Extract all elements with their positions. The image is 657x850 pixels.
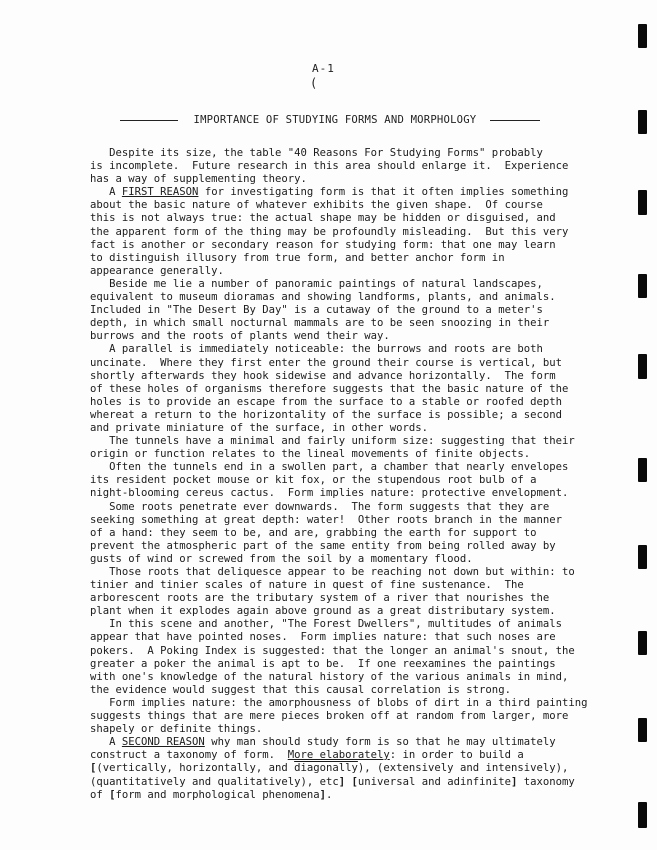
text-line: uncinate. Where they first enter the gro… (90, 357, 630, 370)
text-line: the evidence would suggest that this cau… (90, 684, 630, 697)
text-run: this is not always true: the actual shap… (90, 212, 556, 224)
text-run: appearance generally. (90, 265, 224, 277)
text-run: for investigating form is that it often … (198, 186, 568, 198)
margin-mark (638, 458, 647, 482)
text-line: Those roots that deliquesce appear to be… (90, 566, 630, 579)
text-run: with one's knowledge of the natural hist… (90, 671, 568, 683)
underlined-text: More elaborately (288, 749, 390, 761)
page-title: IMPORTANCE OF STUDYING FORMS AND MORPHOL… (194, 114, 477, 126)
text-line: shortly afterwards they hook sidewise an… (90, 370, 630, 383)
text-run: Despite its size, the table "40 Reasons … (90, 147, 543, 159)
text-run: pokers. A Poking Index is suggested: tha… (90, 645, 575, 657)
text-line: the apparent form of the thing may be pr… (90, 226, 630, 239)
margin-mark (638, 24, 647, 48)
stray-mark: ( (310, 76, 317, 90)
text-run: is incomplete. Future research in this a… (90, 160, 568, 172)
text-line: Included in "The Desert By Day" is a cut… (90, 304, 630, 317)
text-line: A SECOND REASON why man should study for… (90, 736, 630, 749)
text-line: night-blooming cereus cactus. Form impli… (90, 487, 630, 500)
text-run: of these holes of organisms therefore su… (90, 383, 568, 395)
text-run: Included in "The Desert By Day" is a cut… (90, 304, 543, 316)
text-line: A parallel is immediately noticeable: th… (90, 343, 630, 356)
text-run: prevent the atmospheric part of the same… (90, 540, 556, 552)
text-line: prevent the atmospheric part of the same… (90, 540, 630, 553)
text-run: shortly afterwards they hook sidewise an… (90, 370, 556, 382)
text-run: of (90, 789, 109, 801)
text-run: Form implies nature: the amorphousness o… (90, 697, 587, 709)
text-line: (quantitatively and qualitatively), etc]… (90, 776, 630, 789)
text-line: arborescent roots are the tributary syst… (90, 592, 630, 605)
text-run: equivalent to museum dioramas and showin… (90, 291, 556, 303)
text-run: universal and adinfinite (358, 776, 511, 788)
underlined-text: SECOND REASON (122, 736, 205, 748)
text-line: to distinguish illusory from true form, … (90, 252, 630, 265)
text-run: (vertically, horizontally, and (96, 762, 294, 774)
text-line: fact is another or secondary reason for … (90, 239, 630, 252)
text-run: plant when it explodes again above groun… (90, 605, 556, 617)
text-line: equivalent to museum dioramas and showin… (90, 291, 630, 304)
text-run: holes is to provide an escape from the s… (90, 396, 562, 408)
text-run: has a way of supplementing theory. (90, 173, 307, 185)
page-number: A-1 (312, 62, 335, 75)
title-rule-right (490, 120, 540, 121)
text-run: the evidence would suggest that this cau… (90, 684, 511, 696)
text-line: A FIRST REASON for investigating form is… (90, 186, 630, 199)
text-run: Those roots that deliquesce appear to be… (90, 566, 575, 578)
text-run: of a hand: they seem to be, and are, gra… (90, 527, 536, 539)
text-line: of a hand: they seem to be, and are, gra… (90, 527, 630, 540)
text-run: why man should study form is so that he … (205, 736, 556, 748)
text-line: holes is to provide an escape from the s… (90, 396, 630, 409)
margin-mark (638, 274, 647, 298)
text-run: arborescent roots are the tributary syst… (90, 592, 549, 604)
text-run: A (90, 736, 122, 748)
text-run: Often the tunnels end in a swollen part,… (90, 461, 568, 473)
text-line: Form implies nature: the amorphousness o… (90, 697, 630, 710)
text-line: greater a poker the animal is apt to be.… (90, 658, 630, 671)
title-row: IMPORTANCE OF STUDYING FORMS AND MORPHOL… (120, 112, 540, 128)
text-run: night-blooming cereus cactus. Form impli… (90, 487, 568, 499)
text-run: whereat a return to the horizontality of… (90, 409, 562, 421)
text-line: depth, in which small nocturnal mammals … (90, 317, 630, 330)
margin-mark (638, 631, 647, 655)
text-line: [(vertically, horizontally, and diagonal… (90, 762, 630, 775)
text-run: its resident pocket mouse or kit fox, or… (90, 474, 536, 486)
underlined-text: FIRST REASON (122, 186, 199, 198)
text-run: (quantitatively and qualitatively), etc (90, 776, 339, 788)
text-run: A (90, 186, 122, 198)
text-run: and private miniature of the surface, in… (90, 422, 428, 434)
text-run: The tunnels have a minimal and fairly un… (90, 435, 575, 447)
text-run: uncinate. Where they first enter the gro… (90, 357, 562, 369)
text-run: . (326, 789, 332, 801)
text-line: plant when it explodes again above groun… (90, 605, 630, 618)
margin-mark (638, 110, 647, 134)
text-run: greater a poker the animal is apt to be.… (90, 658, 556, 670)
text-line: and private miniature of the surface, in… (90, 422, 630, 435)
text-run: the apparent form of the thing may be pr… (90, 226, 568, 238)
text-run: origin or function relates to the lineal… (90, 448, 530, 460)
text-run: to distinguish illusory from true form, … (90, 252, 505, 264)
text-line: Beside me lie a number of panoramic pain… (90, 278, 630, 291)
margin-mark (638, 802, 647, 828)
text-run: Some roots penetrate ever downwards. The… (90, 501, 549, 513)
text-run: taxonomy (517, 776, 574, 788)
text-line: this is not always true: the actual shap… (90, 212, 630, 225)
text-run: ), (extensively and intensively), (358, 762, 568, 774)
text-line: seeking something at great depth: water!… (90, 514, 630, 527)
text-line: about the basic nature of whatever exhib… (90, 199, 630, 212)
text-line: its resident pocket mouse or kit fox, or… (90, 474, 630, 487)
text-run: shapely or definite things. (90, 723, 262, 735)
text-run: suggests things that are mere pieces bro… (90, 710, 568, 722)
text-run: burrows and the roots of plants wend the… (90, 330, 390, 342)
text-run: tinier and tinier scales of nature in qu… (90, 579, 524, 591)
body-text: Despite its size, the table "40 Reasons … (90, 147, 630, 802)
text-run: fact is another or secondary reason for … (90, 239, 556, 251)
text-line: with one's knowledge of the natural hist… (90, 671, 630, 684)
margin-mark (638, 718, 647, 742)
text-line: appear that have pointed noses. Form imp… (90, 631, 630, 644)
title-rule-left (120, 120, 178, 121)
margin-mark (638, 190, 647, 215)
text-line: is incomplete. Future research in this a… (90, 160, 630, 173)
text-run: form and morphological phenomena (116, 789, 320, 801)
text-line: appearance generally. (90, 265, 630, 278)
overlined-text: diagonally (294, 762, 358, 774)
text-run: appear that have pointed noses. Form imp… (90, 631, 556, 643)
text-line: pokers. A Poking Index is suggested: tha… (90, 645, 630, 658)
text-line: has a way of supplementing theory. (90, 173, 630, 186)
text-line: tinier and tinier scales of nature in qu… (90, 579, 630, 592)
text-line: of [form and morphological phenomena]. (90, 789, 630, 802)
text-run: gusts of wind or screwed from the soil b… (90, 553, 473, 565)
text-run: A parallel is immediately noticeable: th… (90, 343, 543, 355)
text-line: The tunnels have a minimal and fairly un… (90, 435, 630, 448)
text-run: In this scene and another, "The Forest D… (90, 618, 562, 630)
text-line: burrows and the roots of plants wend the… (90, 330, 630, 343)
text-line: shapely or definite things. (90, 723, 630, 736)
margin-mark (638, 354, 647, 379)
text-run: seeking something at great depth: water!… (90, 514, 562, 526)
text-line: of these holes of organisms therefore su… (90, 383, 630, 396)
text-line: gusts of wind or screwed from the soil b… (90, 553, 630, 566)
text-line: Some roots penetrate ever downwards. The… (90, 501, 630, 514)
text-run: about the basic nature of whatever exhib… (90, 199, 543, 211)
text-line: whereat a return to the horizontality of… (90, 409, 630, 422)
text-line: origin or function relates to the lineal… (90, 448, 630, 461)
text-line: suggests things that are mere pieces bro… (90, 710, 630, 723)
text-run: : in order to build a (390, 749, 524, 761)
text-run: depth, in which small nocturnal mammals … (90, 317, 549, 329)
margin-mark (638, 545, 647, 569)
text-line: Despite its size, the table "40 Reasons … (90, 147, 630, 160)
text-line: Often the tunnels end in a swollen part,… (90, 461, 630, 474)
document-page: A-1 ( IMPORTANCE OF STUDYING FORMS AND M… (0, 0, 657, 850)
text-line: construct a taxonomy of form. More elabo… (90, 749, 630, 762)
text-run: Beside me lie a number of panoramic pain… (90, 278, 543, 290)
text-line: In this scene and another, "The Forest D… (90, 618, 630, 631)
text-run: construct a taxonomy of form. (90, 749, 288, 761)
